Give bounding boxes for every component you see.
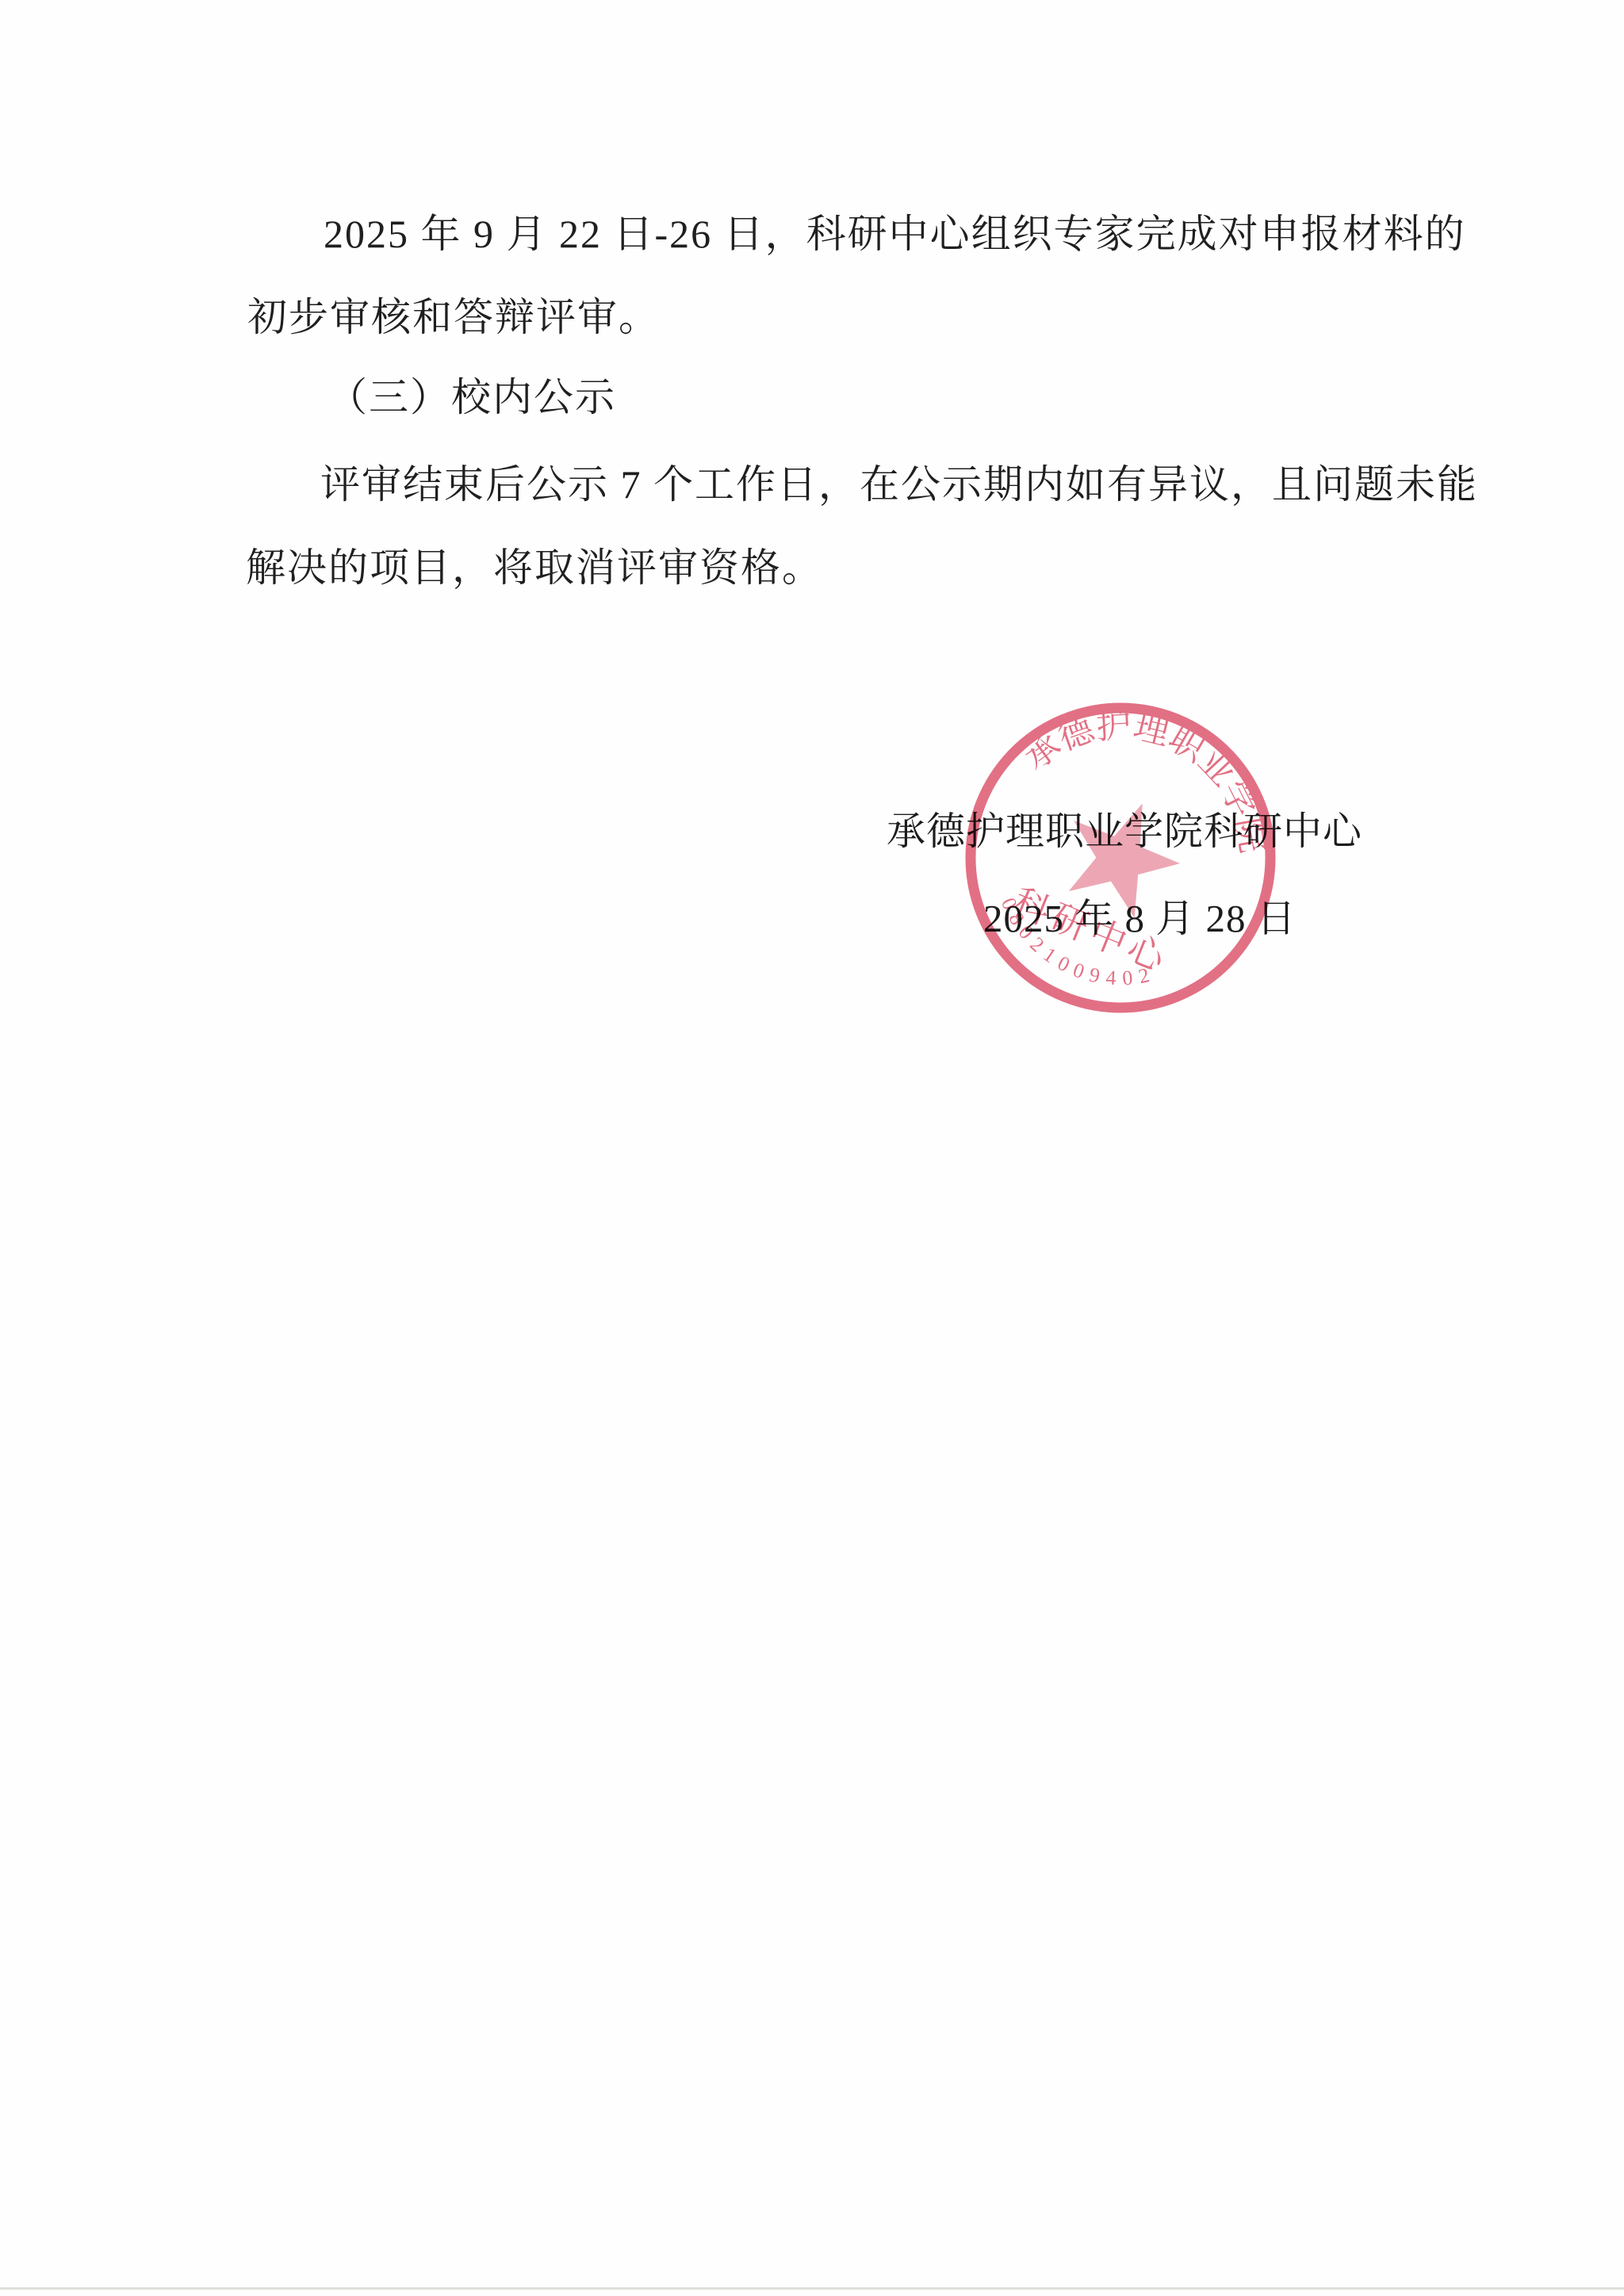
heading-campus-publicity: （三）校内公示 bbox=[327, 374, 616, 420]
paragraph-publicity-period-cont: 解决的项目，将取消评审资格。 bbox=[246, 545, 823, 591]
paragraph-publicity-period: 评审结束后公示 7 个工作日，在公示期内如有异议，且问题未能 bbox=[320, 461, 1478, 507]
official-seal: 承德护理职业学院 科研中心 08021009402 bbox=[954, 691, 1287, 1024]
scanned-document-page: 2025 年 9 月 22 日-26 日，科研中心组织专家完成对申报材料的 初步… bbox=[0, 0, 1624, 2296]
official-seal-graphic: 承德护理职业学院 科研中心 08021009402 bbox=[954, 691, 1287, 1024]
paragraph-review-schedule-cont: 初步审核和答辩评审。 bbox=[247, 294, 660, 340]
seal-arc-text: 承德护理职业学院 bbox=[1009, 691, 1287, 868]
paragraph-review-schedule: 2025 年 9 月 22 日-26 日，科研中心组织专家完成对申报材料的 bbox=[324, 211, 1466, 257]
scan-edge-line bbox=[0, 2287, 1624, 2290]
